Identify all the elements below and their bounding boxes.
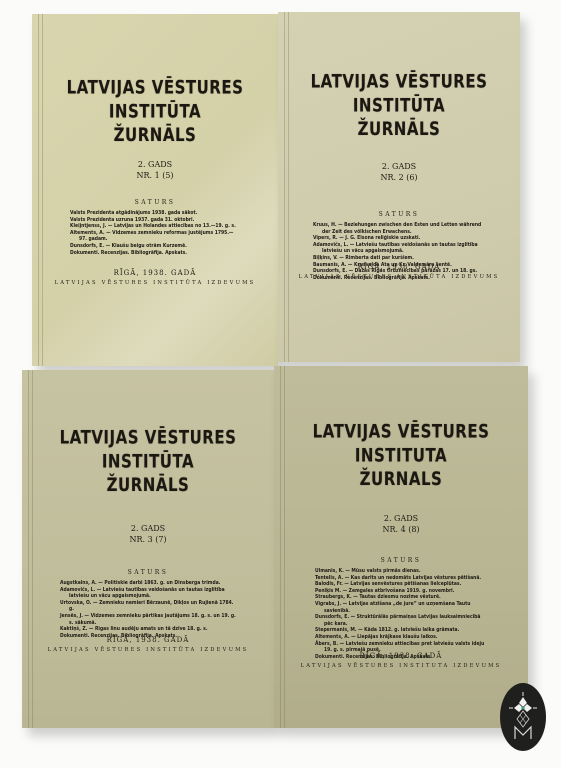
contents-heading: SATURS [278, 211, 520, 218]
journal-year: 2. GADS [22, 523, 274, 534]
imprint: RĪGĀ, 1938. GADĀ LATVIJAS VĒSTURES INSTI… [278, 263, 520, 280]
contents-entry: Altements, A. — Liepājas krājkase klaušu… [315, 634, 487, 641]
journal-issue: NR. 4 (8) [274, 524, 528, 535]
imprint: RĪGĀ, 1938. GADĀ LATVIJAS VĒSTURES INSTI… [32, 269, 278, 286]
journal-cover-issue-2: LATVIJAS VĒSTURES INSTITŪTAŽURNĀLS 2. GA… [278, 12, 520, 362]
journal-year: 2. GADS [32, 159, 278, 170]
imprint: RĪGĀ, 1938. GADĀ LATVIJAS VĒSTURES INSTI… [274, 652, 528, 669]
contents-entry: Valsts Prezidenta atgādinājums 1938. gad… [70, 210, 240, 217]
table-of-contents: Ulmanis, K. — Mūsu valsts pirmās dienas.… [315, 568, 487, 660]
contents-heading: SATURS [32, 199, 278, 206]
contents-entry: Vipers, R. — J. G. Elsona reliģiskie uzs… [313, 235, 485, 242]
journal-cover-issue-3: LATVIJAS VĒSTURES INSTITŪTAŽURNĀLS 2. GA… [22, 370, 274, 728]
journal-title: LATVIJAS VĒSTURES INSTITUTAŽURNALS [274, 420, 528, 491]
journal-issue: NR. 3 (7) [22, 534, 274, 545]
contents-entry: Ulmanis, K. — Mūsu valsts pirmās dienas. [315, 568, 487, 575]
publication-place: RĪGĀ, 1938. GADĀ [22, 636, 274, 644]
monogram-badge-icon [500, 683, 546, 751]
contents-entry: Valsts Prezidenta uzruna 1937. gada 31. … [70, 217, 240, 224]
contents-entry: Kaktiņš, Z. — Rīgas linu audēju amats un… [60, 626, 236, 633]
journal-issue: NR. 2 (6) [278, 172, 520, 183]
monogram-glyph-icon [500, 683, 546, 751]
contents-entry: Augstkalns, A. — Politiskie darbi 1863. … [60, 580, 236, 587]
contents-heading: SATURS [22, 569, 274, 576]
spine-crease [32, 370, 33, 728]
spine-crease [284, 12, 285, 362]
journal-cover-issue-4: LATVIJAS VĒSTURES INSTITUTAŽURNALS 2. GA… [274, 366, 528, 728]
journal-year: 2. GADS [274, 513, 528, 524]
journal-year: 2. GADS [278, 161, 520, 172]
spine-crease [42, 14, 43, 366]
contents-entry: Dunsdorfs, E. — Klaušu beigu otrām Kurze… [70, 243, 240, 250]
journal-title: LATVIJAS VĒSTURES INSTITŪTAŽURNĀLS [32, 76, 278, 147]
contents-entry: Jensēs, J. — Vidzemes zemnieku pārtikas … [60, 613, 236, 626]
contents-entry: Biļķins, V. — Rimberta dati par kuršiem. [313, 255, 485, 262]
publisher-line: LATVIJAS VĒSTURES INSTITŪTA IZDEVUMS [22, 647, 274, 653]
table-of-contents: Augstkalns, A. — Politiskie darbi 1863. … [60, 580, 236, 639]
journal-issue: NR. 1 (5) [32, 170, 278, 181]
publication-place: RĪGĀ, 1938. GADĀ [274, 652, 528, 660]
contents-entry: Balodis, Fr. — Latvijas senvēstures pētī… [315, 581, 487, 588]
contents-entry: Altements, A. — Vidzemes zemnieku reform… [70, 230, 240, 243]
contents-entry: Penīķis M. — Zemgales atbrīvošana 1919. … [315, 588, 487, 595]
publisher-line: LATVIJAS VĒSTURES INSTITŪTA IZDEVUMS [32, 280, 278, 286]
publisher-line: LATVIJAS VĒSTURES INSTITUTA IZDEVUMS [274, 663, 528, 669]
contents-entry: Dunsdorfs, E. — Struktūrālās pārmaiņas L… [315, 614, 487, 627]
contents-entry: Stepermanis, M. — Kāda 1812. g. latviešu… [315, 627, 487, 634]
publisher-line: LATVIJAS VĒSTURES INSTITŪTA IZDEVUMS [278, 274, 520, 280]
contents-entry: Kleijntjenss, J. — Latvijas un Holandes … [70, 223, 240, 230]
contents-entry: Dokumenti. Recenzijas. Bibliogrāfija. Ap… [70, 250, 240, 257]
contents-entry: Vīgrabs, J. — Latvijas atzīšana „de jure… [315, 601, 487, 614]
spine-crease [288, 12, 289, 362]
contents-entry: Straubergs, K. — Tautas dziesmu nozīme v… [315, 594, 487, 601]
journal-title: LATVIJAS VĒSTURES INSTITŪTAŽURNĀLS [278, 70, 520, 141]
publication-place: RĪGĀ, 1938. GADĀ [32, 269, 278, 277]
publication-place: RĪGĀ, 1938. GADĀ [278, 263, 520, 271]
contents-entry: Kruus, H. — Beziehungen zwischen den Est… [313, 222, 485, 235]
journal-cover-issue-1: LATVIJAS VĒSTURES INSTITŪTAŽURNĀLS 2. GA… [32, 14, 278, 366]
journal-title: LATVIJAS VĒSTURES INSTITŪTAŽURNĀLS [22, 426, 274, 497]
contents-entry: Adamovičs, L. — Latviešu tautības veidoš… [60, 587, 236, 600]
contents-entry: Adamovičs, L. — Latviešu tautības veidoš… [313, 242, 485, 255]
spine-crease [38, 14, 39, 366]
table-of-contents: Valsts Prezidenta atgādinājums 1938. gad… [70, 210, 240, 256]
contents-entry: Urtovska, O. — Zemnieku nemieri Bērzaunē… [60, 600, 236, 613]
spine-crease [28, 370, 29, 728]
imprint: RĪGĀ, 1938. GADĀ LATVIJAS VĒSTURES INSTI… [22, 636, 274, 653]
contents-heading: SATURS [274, 557, 528, 564]
